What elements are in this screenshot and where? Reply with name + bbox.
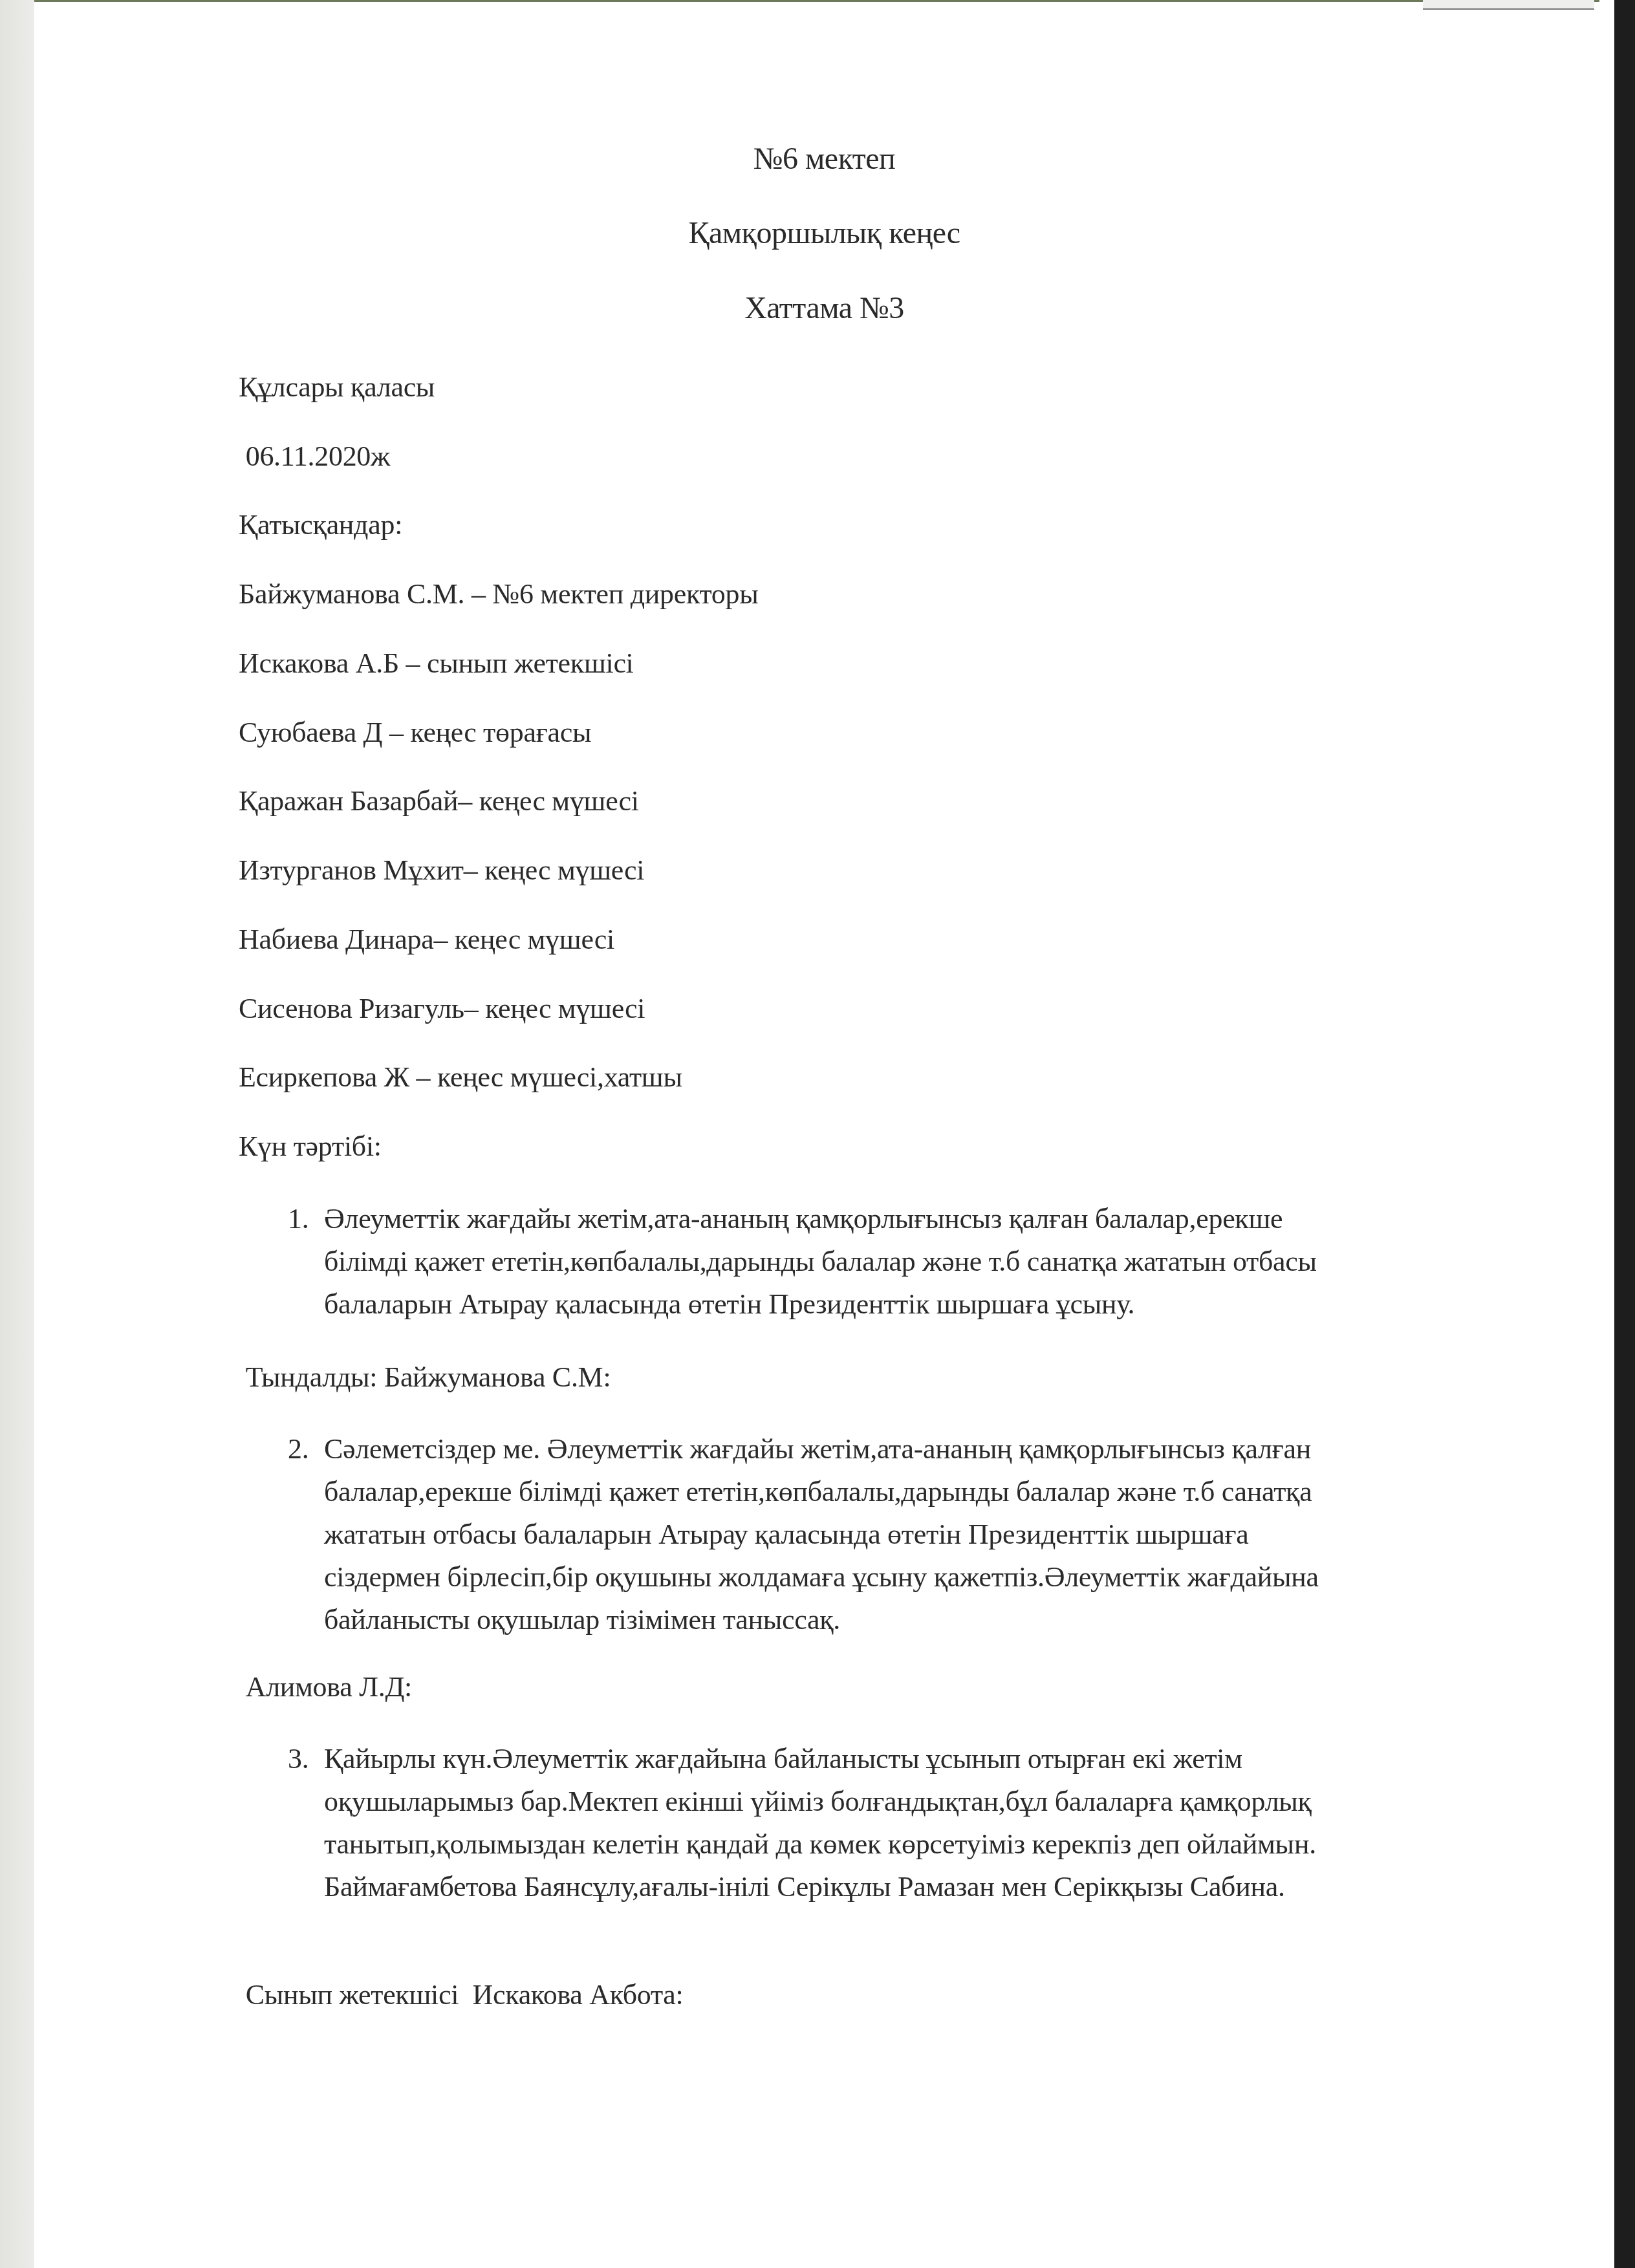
protocol-title: Хаттама №3 <box>34 290 1614 327</box>
participant-item: Қаражан Базарбай– кеңес мүшесі <box>239 784 639 818</box>
agenda-item-1: 1. Әлеуметтік жағдайы жетім,ата-ананың қ… <box>288 1198 1517 1327</box>
scan-left-margin <box>0 0 34 2268</box>
speaker-label: Алимова Л.Д: <box>239 1670 412 1704</box>
participant-item: Сисенова Ризагуль– кеңес мүшесі <box>239 992 645 1026</box>
council-title: Қамқоршылық кеңес <box>34 215 1614 252</box>
discussion-item-number: 3. <box>288 1738 309 1780</box>
participants-label: Қатысқандар: <box>239 508 402 542</box>
speaker-label: Тындалды: Байжуманова С.М: <box>239 1361 611 1394</box>
participant-item: Набиева Динара– кеңес мүшесі <box>239 923 614 956</box>
agenda-item-text: Әлеуметтік жағдайы жетім,ата-ананың қамқ… <box>324 1198 1482 1326</box>
text-line: балаларын Атырау қаласында өтетін Презид… <box>324 1283 1482 1326</box>
text-line: оқушыларымыз бар.Мектеп екінші үйіміз бо… <box>324 1780 1482 1823</box>
discussion-item-text: Қайырлы күн.Әлеуметтік жағдайына байланы… <box>324 1738 1482 1908</box>
text-line: Әлеуметтік жағдайы жетім,ата-ананың қамқ… <box>324 1198 1482 1240</box>
speaker-label: Сынып жетекшісі Искакова Акбота: <box>239 1978 684 2012</box>
school-title: №6 мектеп <box>34 141 1614 177</box>
participant-item: Есиркепова Ж – кеңес мүшесі,хатшы <box>239 1061 682 1094</box>
discussion-item-text: Сәлеметсіздер ме. Әлеуметтік жағдайы жет… <box>324 1428 1482 1641</box>
city-line: Құлсары қаласы <box>239 371 435 404</box>
participant-item: Изтурганов Мұхит– кеңес мүшесі <box>239 854 644 887</box>
document-page: №6 мектеп Қамқоршылық кеңес Хаттама №3 Қ… <box>34 0 1614 2268</box>
participant-item: Искакова А.Б – сынып жетекшісі <box>239 647 634 680</box>
text-line: жататын отбасы балаларын Атырау қаласынд… <box>324 1513 1482 1556</box>
agenda-label: Күн тәртібі: <box>239 1130 382 1163</box>
text-line: байланысты оқушылар тізімімен таныссақ. <box>324 1599 1482 1641</box>
discussion-item-2: 2. Сәлеметсіздер ме. Әлеуметтік жағдайы … <box>288 1428 1517 1641</box>
scan-right-edge <box>1614 0 1635 2268</box>
discussion-item-3: 3. Қайырлы күн.Әлеуметтік жағдайына байл… <box>288 1738 1517 1908</box>
text-line: Сәлеметсіздер ме. Әлеуметтік жағдайы жет… <box>324 1428 1482 1471</box>
participant-item: Суюбаева Д – кеңес төрағасы <box>239 716 591 750</box>
discussion-item-number: 2. <box>288 1428 309 1471</box>
text-line: Қайырлы күн.Әлеуметтік жағдайына байланы… <box>324 1738 1482 1780</box>
date-line: 06.11.2020ж <box>239 440 390 473</box>
text-line: сіздермен бірлесіп,бір оқушыны жолдамаға… <box>324 1556 1482 1599</box>
text-line: білімді қажет ететін,көпбалалы,дарынды б… <box>324 1240 1482 1283</box>
text-line: балалар,ерекше білімді қажет ететін,көпб… <box>324 1471 1482 1513</box>
text-line: танытып,қолымыздан келетін қандай да көм… <box>324 1823 1482 1866</box>
participant-item: Байжуманова С.М. – №6 мектеп директоры <box>239 578 759 611</box>
agenda-item-number: 1. <box>288 1198 309 1240</box>
text-line: Баймағамбетова Баянсұлу,ағалы-інілі Сері… <box>324 1866 1482 1908</box>
